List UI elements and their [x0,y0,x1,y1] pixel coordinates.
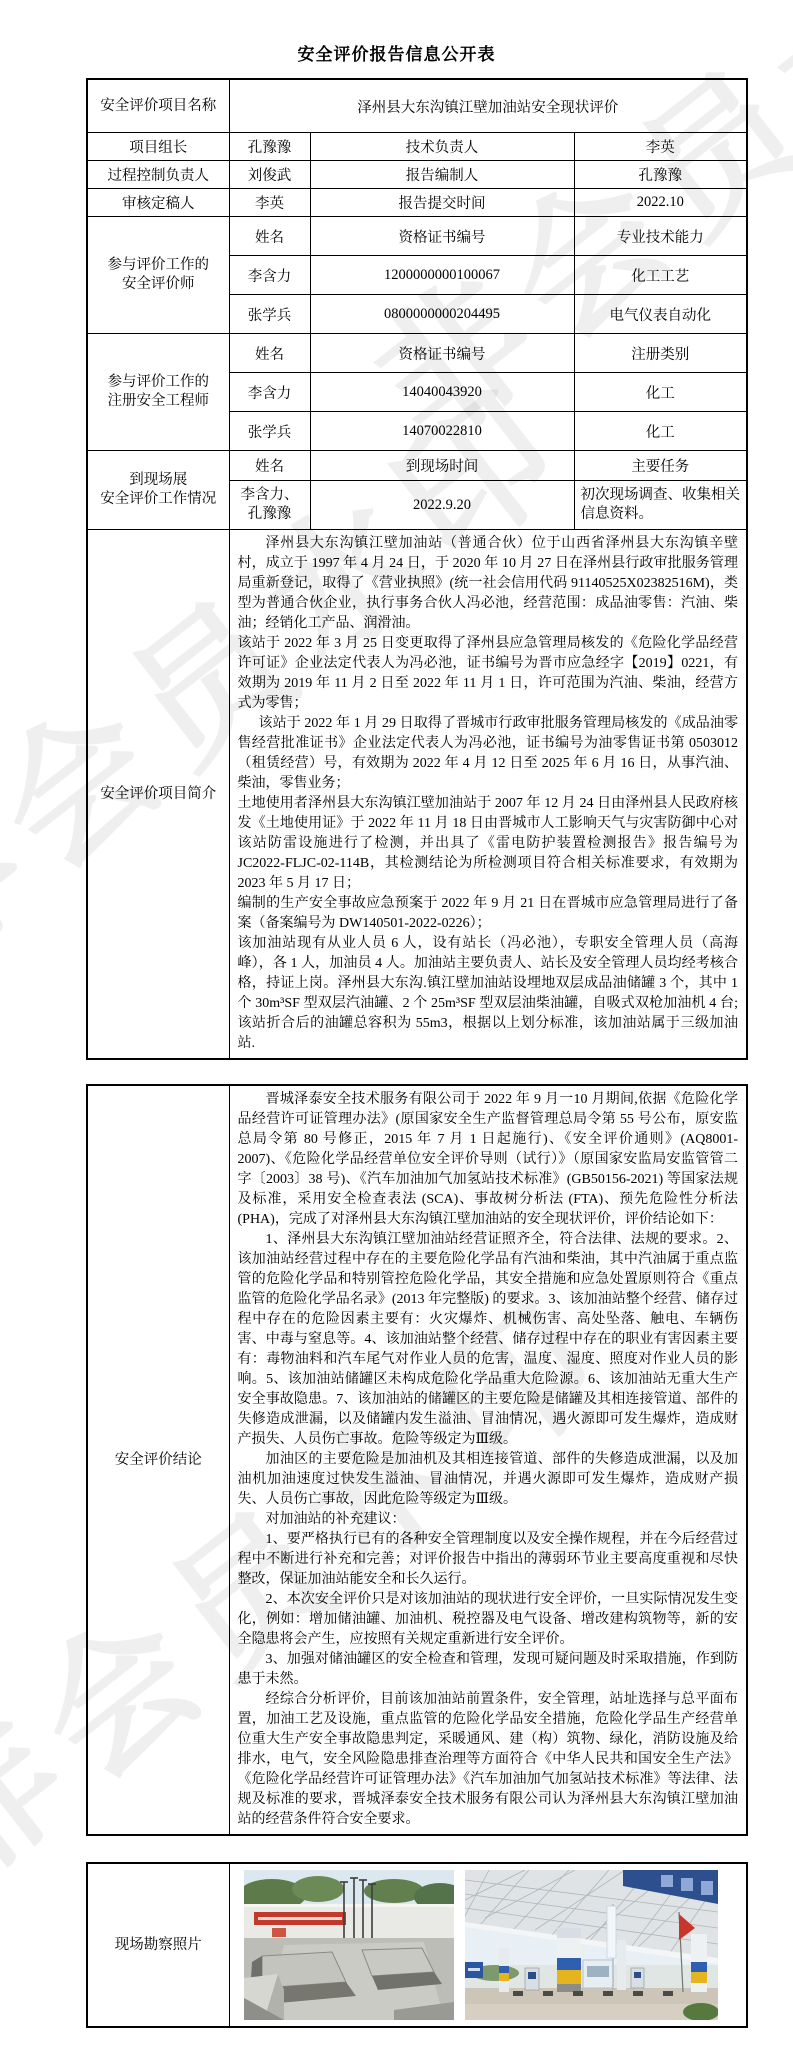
process-label: 过程控制负责人 [87,161,229,189]
evaluator-name: 张学兵 [229,295,310,334]
writer-value: 孔豫豫 [574,161,747,189]
evaluators-header-cert: 资格证书编号 [310,217,574,256]
engineers-header-name: 姓名 [229,334,310,373]
site-visit-task: 初次现场调查、收集相关信息资料。 [574,481,747,530]
site-visit-time: 2022.9.20 [310,481,574,530]
site-visit-names: 李含力、 孔豫豫 [229,481,310,530]
evaluators-header-skill: 专业技术能力 [574,217,747,256]
table-row: 安全评价项目简介 泽州县大东沟镇江壁加油站（普通合伙）位于山西省泽州县大东沟镇辛… [87,530,747,1060]
site-visit-header-task: 主要任务 [574,451,747,481]
brief-paragraph: 编制的生产安全事故应急预案于 2022 年 9 月 21 日在晋城市应急管理局进… [238,894,739,934]
reviewer-label: 审核定稿人 [87,189,229,217]
conclusion-paragraph: 经综合分析评价，目前该加油站前置条件，安全管理，站址选择与总平面布置，加油工艺及… [238,1690,739,1830]
submit-value: 2022.10 [574,189,747,217]
conclusion-paragraph: 1、泽州县大东沟镇江壁加油站经营证照齐全，符合法律、法规的要求。2、该加油站经营… [238,1230,739,1450]
tank-area-photo [244,1870,454,2020]
site-visit-group-label: 到现场展 安全评价工作情况 [87,451,229,530]
table-row: 安全评价项目名称 泽州县大东沟镇江壁加油站安全现状评价 [87,79,747,133]
project-name-value: 泽州县大东沟镇江壁加油站安全现状评价 [229,79,747,133]
table-row: 审核定稿人 李英 报告提交时间 2022.10 [87,189,747,217]
brief-paragraph: 土地使用者泽州县大东沟镇江壁加油站于 2007 年 12 月 24 日由泽州县人… [238,794,739,894]
conclusion-paragraph: 2、本次安全评价只是对该加油站的现状进行安全评价，一旦实际情况发生变化，例如：增… [238,1590,739,1650]
engineer-cert: 14070022810 [310,412,574,451]
evaluator-skill: 电气仪表自动化 [574,295,747,334]
conclusion-table: 安全评价结论 晋城泽泰安全技术服务有限公司于 2022 年 9 月一10 月期间… [86,1084,748,1836]
conclusion-content: 晋城泽泰安全技术服务有限公司于 2022 年 9 月一10 月期间,依据《危险化… [229,1085,747,1835]
leader-label: 项目组长 [87,133,229,161]
table-row: 现场勘察照片 [87,1863,747,2027]
photos-table: 现场勘察照片 [86,1862,748,2028]
tech-label: 技术负责人 [310,133,574,161]
brief-paragraph: 该加油站现有从业人员 6 人，设有站长（冯必池），专职安全管理人员（高海峰），各… [238,934,739,1054]
table-row: 参与评价工作的 注册安全工程师 姓名 资格证书编号 注册类别 [87,334,747,373]
process-value: 刘俊武 [229,161,310,189]
brief-paragraph: 该站于 2022 年 3 月 25 日变更取得了泽州县应急管理局核发的《危险化学… [238,634,739,714]
engineer-type: 化工 [574,373,747,412]
project-info-table: 安全评价项目名称 泽州县大东沟镇江壁加油站安全现状评价 项目组长 孔豫豫 技术负… [86,78,748,1060]
site-visit-header-time: 到现场时间 [310,451,574,481]
table-row: 过程控制负责人 刘俊武 报告编制人 孔豫豫 [87,161,747,189]
writer-label: 报告编制人 [310,161,574,189]
evaluator-name: 李含力 [229,256,310,295]
engineers-header-cert: 资格证书编号 [310,334,574,373]
site-visit-header-name: 姓名 [229,451,310,481]
photos-label: 现场勘察照片 [87,1863,229,2027]
reviewer-value: 李英 [229,189,310,217]
table-row: 项目组长 孔豫豫 技术负责人 李英 [87,133,747,161]
conclusion-label: 安全评价结论 [87,1085,229,1835]
project-name-label: 安全评价项目名称 [87,79,229,133]
evaluators-group-label: 参与评价工作的 安全评价师 [87,217,229,334]
table-row: 安全评价结论 晋城泽泰安全技术服务有限公司于 2022 年 9 月一10 月期间… [87,1085,747,1835]
engineer-type: 化工 [574,412,747,451]
conclusion-paragraph: 1、要严格执行已有的各种安全管理制度以及安全操作规程，并在今后经营过程中不断进行… [238,1530,739,1590]
leader-value: 孔豫豫 [229,133,310,161]
engineer-cert: 14040043920 [310,373,574,412]
evaluators-header-name: 姓名 [229,217,310,256]
photos-content [229,1863,747,2027]
submit-label: 报告提交时间 [310,189,574,217]
evaluator-cert: 0800000000204495 [310,295,574,334]
engineer-name: 张学兵 [229,412,310,451]
conclusion-paragraph: 加油区的主要危险是加油机及其相连接管道、部件的失修造成泄漏，以及加油机加油速度过… [238,1450,739,1510]
table-row: 参与评价工作的 安全评价师 姓名 资格证书编号 专业技术能力 [87,217,747,256]
evaluator-skill: 化工工艺 [574,256,747,295]
tech-value: 李英 [574,133,747,161]
conclusion-paragraph: 3、加强对储油罐区的安全检查和管理，发现可疑问题及时采取措施，作到防患于未然。 [238,1650,739,1690]
brief-label: 安全评价项目简介 [87,530,229,1060]
brief-paragraph: 泽州县大东沟镇江壁加油站（普通合伙）位于山西省泽州县大东沟镇辛壁村，成立于 19… [238,534,739,634]
brief-paragraph: 该站于 2022 年 1 月 29 日取得了晋城市行政审批服务管理局核发的《成品… [238,714,739,794]
table-row: 到现场展 安全评价工作情况 姓名 到现场时间 主要任务 [87,451,747,481]
engineers-header-type: 注册类别 [574,334,747,373]
page-title: 安全评价报告信息公开表 [0,40,793,65]
station-canopy-photo [465,1870,718,2020]
evaluator-cert: 1200000000100067 [310,256,574,295]
brief-content: 泽州县大东沟镇江壁加油站（普通合伙）位于山西省泽州县大东沟镇辛壁村，成立于 19… [229,530,747,1060]
engineers-group-label: 参与评价工作的 注册安全工程师 [87,334,229,451]
conclusion-paragraph: 对加油站的补充建议： [238,1510,739,1530]
engineer-name: 李含力 [229,373,310,412]
conclusion-paragraph: 晋城泽泰安全技术服务有限公司于 2022 年 9 月一10 月期间,依据《危险化… [238,1090,739,1230]
